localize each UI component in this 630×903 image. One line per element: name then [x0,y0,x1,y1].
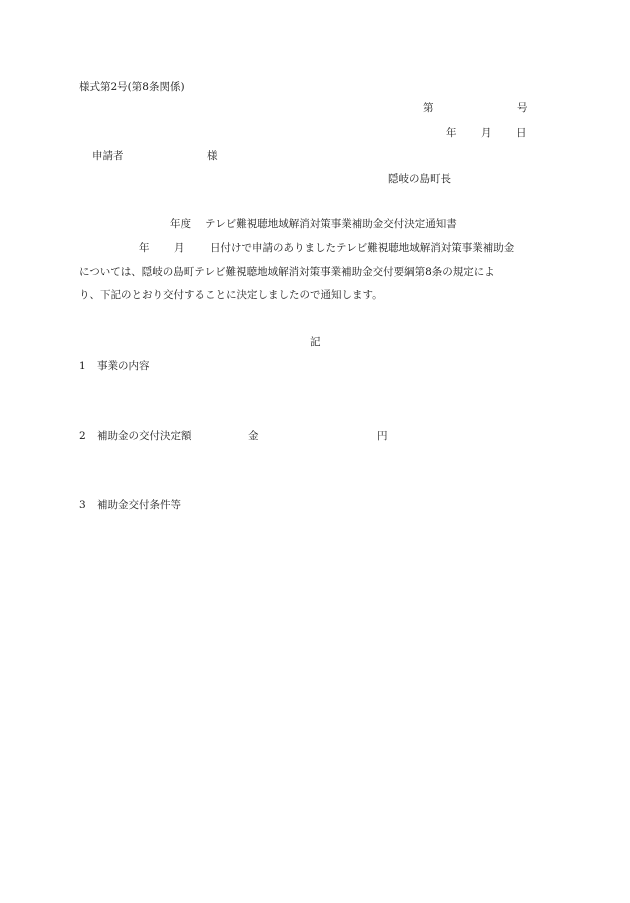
body-line-2: については、隠岐の島町テレビ難視聴地域解消対策事業補助金交付要綱第8条の規定によ [79,266,495,279]
applicant-honorific: 様 [207,150,218,163]
date-day: 日 [516,127,527,140]
amount-prefix: 金 [248,430,259,443]
body-line-1: 日付けで申請のありましたテレビ難視聴地域解消対策事業補助金 [210,242,514,255]
form-number: 様式第2号(第8条関係) [79,81,185,94]
doc-number-prefix: 第 [423,102,434,115]
date-month: 月 [481,127,492,140]
body-year: 年 [139,242,150,255]
date-year: 年 [446,127,457,140]
note-3-number: 3 [79,499,86,512]
note-2-label: 補助金の交付決定額 [97,430,192,443]
note-1-label: 事業の内容 [97,360,150,373]
doc-number-suffix: 号 [517,102,528,115]
title-year-label: 年度 [170,218,191,231]
amount-suffix: 円 [377,430,388,443]
body-line-3: り、下記のとおり交付することに決定しましたので通知します。 [79,289,383,302]
notes-heading: 記 [310,336,321,349]
body-month: 月 [174,242,185,255]
note-3-label: 補助金交付条件等 [97,499,181,512]
note-2-number: 2 [79,430,86,443]
page-title: テレビ難視聴地域解消対策事業補助金交付決定通知書 [205,218,457,231]
applicant-label: 申請者 [92,150,124,163]
issuer: 隠岐の島町長 [388,173,451,186]
note-1-number: 1 [79,360,86,373]
